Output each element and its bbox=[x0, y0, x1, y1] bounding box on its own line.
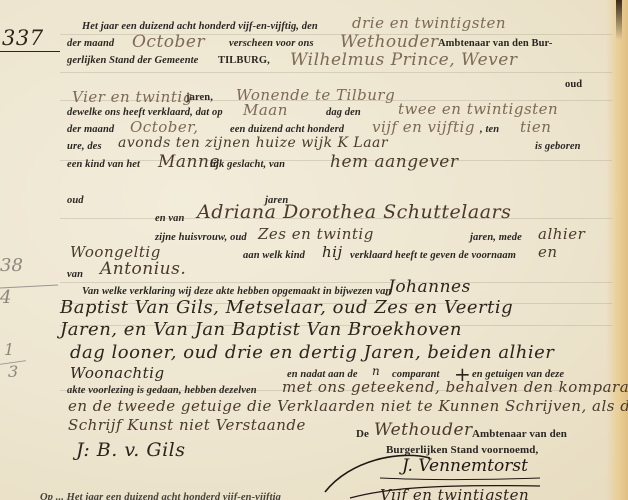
handwritten-text: alhier bbox=[538, 225, 585, 243]
register-page: 337 38 4 1 3 Het jaar een duizend acht h… bbox=[0, 0, 628, 500]
printed-text: en van bbox=[155, 213, 184, 224]
printed-text: een duizend acht honderd bbox=[230, 124, 344, 135]
handwritten-text: en bbox=[538, 243, 558, 261]
handwritten-text: Maan bbox=[243, 101, 288, 119]
handwritten-text: Woonachtig bbox=[70, 364, 165, 382]
printed-text: oud bbox=[67, 195, 84, 206]
printed-text: lijk geslacht, van bbox=[210, 159, 285, 170]
handwritten-text: Vier en twintig bbox=[72, 88, 193, 106]
handwritten-text: n bbox=[372, 364, 380, 378]
handwritten-text: hem aangever bbox=[330, 152, 459, 172]
ruled-line bbox=[60, 72, 612, 73]
handwritten-text: en de tweede getuige die Verklaarden nie… bbox=[68, 397, 628, 415]
handwritten-text: vijf en vijftig bbox=[372, 118, 475, 136]
handwritten-text: October, bbox=[130, 118, 199, 136]
printed-text: dag den bbox=[326, 107, 361, 118]
handwritten-text: Jaren, en Van Jan Baptist Van Broekhoven bbox=[60, 319, 462, 340]
handwritten-text: Johannes bbox=[388, 277, 471, 297]
printed-text: dewelke ons heeft verklaard, dat op bbox=[67, 107, 223, 118]
printed-text: der maand bbox=[67, 38, 114, 49]
entry-number-underline bbox=[0, 51, 60, 52]
printed-text: verscheen voor ons bbox=[229, 38, 314, 49]
handwritten-text: Zes en twintig bbox=[258, 225, 374, 243]
printed-text: aan welk kind bbox=[243, 250, 305, 261]
printed-text: gerlijken Stand der Gemeente bbox=[67, 55, 198, 66]
margin-note-fraction-bottom: 3 bbox=[8, 362, 18, 381]
printed-text: Van welke verklaring wij deze akte hebbe… bbox=[82, 286, 391, 297]
witness-signature: J: B. v. Gils bbox=[76, 439, 185, 461]
handwritten-text: dag looner, oud drie en dertig Jaren, be… bbox=[70, 342, 554, 363]
printed-text-partial: Op ... Het jaar een duizend acht honderd… bbox=[40, 492, 281, 500]
printed-text: verklaard heeft te geven de voornaam bbox=[350, 250, 516, 261]
handwritten-text-partial: Vijf en twintigsten bbox=[380, 486, 529, 500]
handwritten-text: Wilhelmus Prince, Wever bbox=[290, 50, 517, 70]
printed-text: oud bbox=[565, 79, 582, 90]
handwritten-text: drie en twintigsten bbox=[352, 14, 506, 32]
page-edge bbox=[606, 0, 628, 500]
margin-note-38: 38 bbox=[0, 255, 23, 276]
printed-text: akte voorlezing is gedaan, hebben dezelv… bbox=[67, 385, 257, 396]
printed-text: jaren, mede bbox=[470, 232, 522, 243]
printed-text: van bbox=[67, 269, 83, 280]
handwritten-text: tien bbox=[520, 118, 551, 136]
handwritten-text: Antonius. bbox=[100, 259, 186, 279]
margin-note-fraction-top: 1 bbox=[4, 340, 14, 359]
handwritten-text: met ons geteekend, behalven den komparan… bbox=[282, 378, 628, 396]
printed-text: Ambtenaar van den Bur- bbox=[438, 38, 553, 49]
printed-text: zijne huisvrouw, oud bbox=[155, 232, 247, 243]
printed-text: der maand bbox=[67, 124, 114, 135]
printed-text: is geboren bbox=[535, 141, 581, 152]
printed-text: TILBURG, bbox=[218, 55, 270, 66]
handwritten-text: Baptist Van Gils, Metselaar, oud Zes en … bbox=[60, 297, 513, 318]
binding-shadow bbox=[616, 0, 622, 40]
printed-text: een kind van het bbox=[67, 159, 140, 170]
handwritten-text: Adriana Dorothea Schuttelaars bbox=[197, 201, 511, 223]
printed-text: jaren, bbox=[186, 92, 213, 103]
handwritten-text: Schrijf Kunst niet Verstaande bbox=[68, 416, 306, 434]
handwritten-text: twee en twintigsten bbox=[398, 100, 558, 118]
printed-text: , ten bbox=[480, 124, 499, 135]
ruled-line bbox=[60, 282, 612, 283]
handwritten-text: October bbox=[132, 32, 205, 52]
handwritten-text: avonds ten zijnen huize wijk K Laar bbox=[118, 135, 388, 151]
handwritten-text: Wethouder bbox=[374, 420, 473, 440]
handwritten-text: Wethouder bbox=[340, 32, 439, 52]
handwritten-text: hij bbox=[322, 243, 343, 261]
printed-text: Het jaar een duizend acht honderd vijf-e… bbox=[82, 21, 318, 32]
printed-text: Ambtenaar van den bbox=[472, 428, 567, 440]
printed-text: ure, des bbox=[67, 141, 102, 152]
margin-note-4: 4 bbox=[0, 287, 11, 308]
entry-number: 337 bbox=[2, 26, 44, 50]
printed-text: De bbox=[356, 428, 369, 440]
